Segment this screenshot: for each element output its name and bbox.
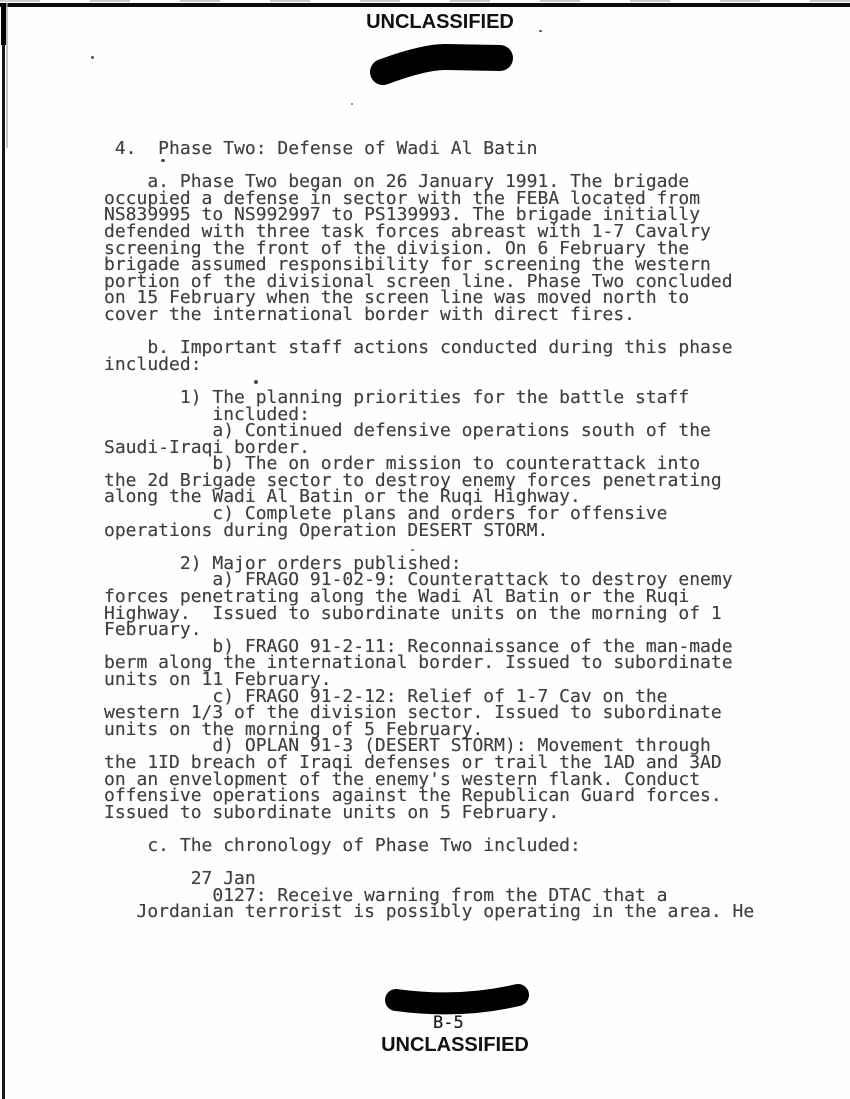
- scan-speck: [411, 549, 414, 551]
- scan-edge-left-line: [2, 3, 5, 1099]
- scan-edge-top-line: [0, 3, 850, 7]
- scan-speck: [351, 103, 353, 105]
- document-body-text: 4. Phase Two: Defense of Wadi Al Batin a…: [104, 141, 754, 921]
- scan-edge-left-ghost: [6, 3, 8, 148]
- scan-speck: [539, 30, 542, 32]
- scan-speck: [161, 159, 165, 162]
- scanned-document-page: UNCLASSIFIED 4. Phase Two: Defense of Wa…: [0, 0, 850, 1099]
- classification-footer: UNCLASSIFIED: [355, 1034, 555, 1057]
- scan-speck: [91, 56, 94, 59]
- redaction-mark-bottom: [380, 972, 540, 1030]
- classification-header: UNCLASSIFIED: [340, 11, 540, 34]
- scan-speck: [254, 380, 258, 384]
- scan-edge-top-ghost: [0, 0, 850, 2]
- redaction-mark-top: [358, 36, 528, 98]
